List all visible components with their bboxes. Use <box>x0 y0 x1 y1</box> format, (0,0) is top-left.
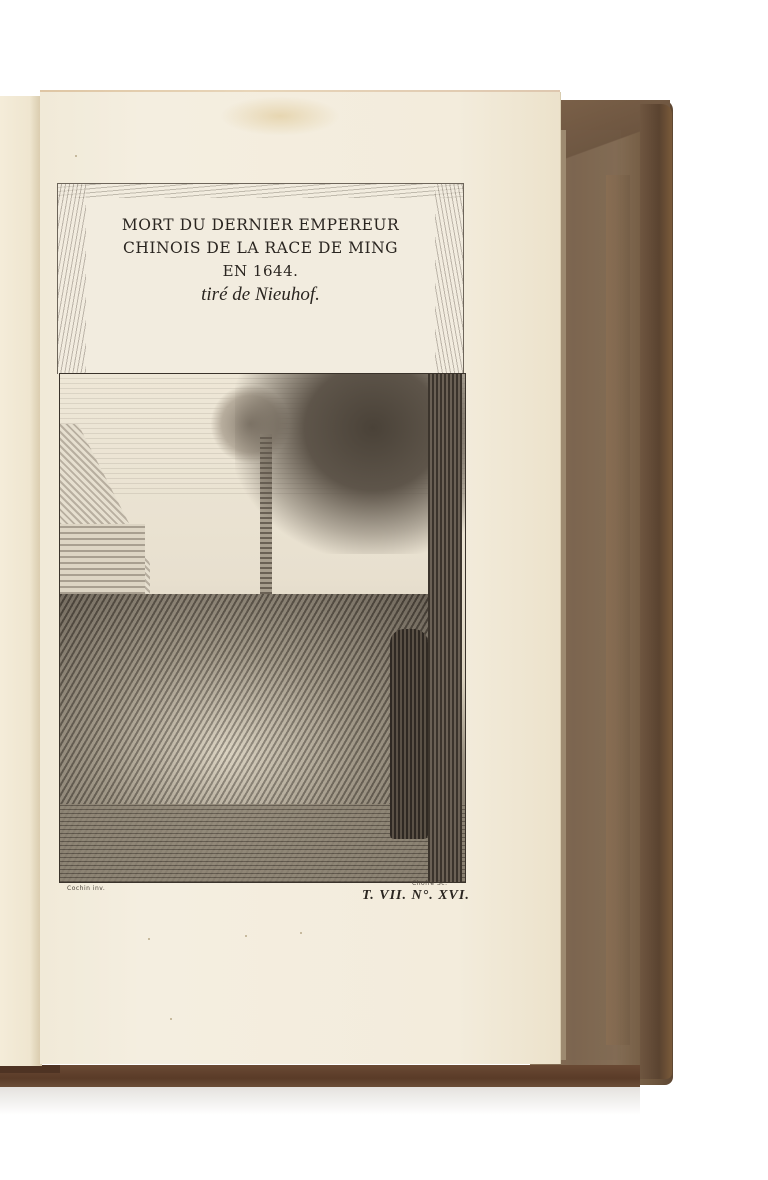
plate-number: T. VII. N°. XVI. <box>362 888 470 904</box>
title-line-3: EN 1644. <box>58 260 463 283</box>
engraving-scene <box>59 373 466 883</box>
speck <box>245 935 247 937</box>
artist-signature: Cochin inv. <box>67 885 105 892</box>
foxing-stain <box>220 96 340 136</box>
bottom-board-left <box>0 1065 60 1073</box>
cover-wear <box>606 175 630 1045</box>
title-line-1: MORT DU DERNIER EMPEREUR <box>58 214 463 237</box>
speck <box>170 1018 172 1020</box>
cover-edge <box>640 104 672 1079</box>
hanging-emperor-figure <box>390 629 428 839</box>
plate-title: MORT DU DERNIER EMPEREUR CHINOIS DE LA R… <box>58 214 463 307</box>
source-credit: tiré de Nieuhof. <box>58 283 463 307</box>
speck <box>300 932 302 934</box>
banner-drapery-top <box>58 184 463 198</box>
title-banner: MORT DU DERNIER EMPEREUR CHINOIS DE LA R… <box>57 183 464 374</box>
speck <box>75 155 77 157</box>
speck <box>148 938 150 940</box>
bottom-board <box>0 1065 640 1087</box>
tree-trunk <box>428 374 462 882</box>
engraver-signature: Choffé Sc. <box>412 880 448 887</box>
title-line-2: CHINOIS DE LA RACE DE MING <box>58 237 463 260</box>
engraved-plate: MORT DU DERNIER EMPEREUR CHINOIS DE LA R… <box>57 183 472 888</box>
